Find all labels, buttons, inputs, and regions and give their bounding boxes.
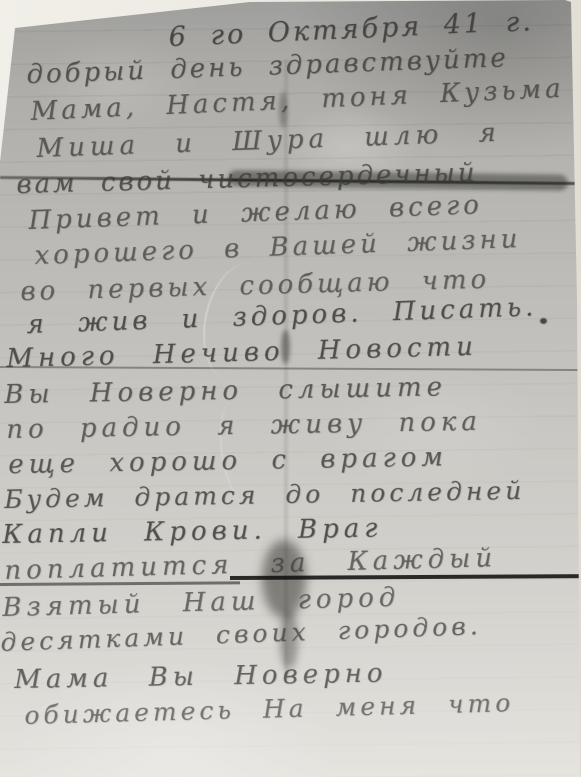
letter-paper: 6 го Октября 41 г. добрый день здравству… bbox=[0, 0, 581, 777]
letter-photo: 6 го Октября 41 г. добрый день здравству… bbox=[0, 0, 581, 777]
dark-spot bbox=[540, 318, 547, 324]
